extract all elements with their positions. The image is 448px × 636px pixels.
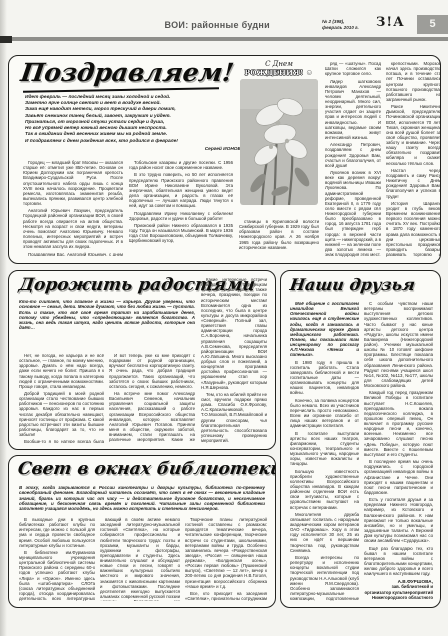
article-column: В выходные дни в крупных библиотеках раб… (19, 517, 95, 601)
article-paragraph: На встрече мне помог Александр Васильеви… (109, 391, 195, 443)
article-column: Какие интересные встречи проводит в Горо… (201, 277, 267, 443)
article-paragraph: В библиотеке им.Фурманова муниципального… (19, 550, 95, 601)
article-paragraph: Поздравляем Ирину Николаевну с юбилеем! … (129, 211, 233, 221)
article-our-friends: Наши друзья Моё общение с госпиталем инв… (280, 270, 441, 608)
article-column: ряд — «шатуны». Посад Шатки сложился как… (325, 61, 381, 258)
article-heading: Свет в окнах библиотеки (17, 459, 276, 479)
article-heading: Наши друзья (289, 275, 417, 294)
newspaper-logo: З!А (376, 15, 405, 30)
article-paragraph: Все, кто приходит на заседания «Светёлки… (185, 591, 267, 601)
birthday-poem: Идет февраль — последний месяц зимы холо… (25, 95, 241, 154)
article-paragraph: Вообще-то я по натуре всегда была энерги… (19, 439, 104, 443)
article-paragraph: Лидер шатковских инвалидов Александр Пет… (325, 79, 381, 141)
birthday-script-label: С Днем (239, 60, 319, 68)
article-paragraph: Многолетняя дружба связывает госпиталь с… (290, 512, 359, 553)
article-congratulations: Поздравляем! Идет февраль — последний ме… (8, 55, 441, 264)
article-paragraph: Тем, кто на юбилей прийти не смог, вручи… (201, 392, 267, 443)
article-column: Моё общение с госпиталем инвалидов Велик… (290, 301, 359, 601)
header-rule-end-mark (0, 36, 12, 43)
article-paragraph: И вот теперь уже ко мне приходят с подар… (109, 353, 195, 389)
article-paragraph: Приокский район Нижнего образовался в 19… (129, 223, 233, 244)
article-paragraph: В 1980 году я пришла в госпиталь работат… (290, 360, 359, 396)
happy-birthday-block: С Днем РОЖДЕНИЯ! ☺ (239, 60, 319, 217)
page-number-badge: 5 (417, 15, 448, 34)
article-column: Нет, не погода, не карьера и не всё оста… (19, 353, 104, 443)
poem-line: И поздравляем с днем рождения всех, кто … (25, 139, 241, 145)
article-paragraph: Раисе Никитичне Дымской, председателю По… (386, 104, 441, 166)
article-paragraph: В выходные дни в крупных библиотеках раб… (19, 517, 95, 548)
article-paragraph: Каждый год перед праздником Великой Побе… (364, 390, 433, 457)
article-column: С особым чувством наши ветераны восприни… (364, 301, 433, 601)
author-signature: А.В.ФУРШОВА, зав. библиотекой и организа… (364, 579, 433, 601)
article-paragraph: Настал черед поздравить и саму Раису Ник… (386, 168, 441, 199)
article-column: Творческие планы литературной гостиной с… (185, 517, 267, 601)
article-paragraph: Городец — младший брат Москвы — оказался… (23, 160, 123, 206)
issue-date: февраль 2010 г. (322, 25, 374, 31)
article-column: Тобольские казармы и другие поселки. С 1… (129, 160, 233, 256)
article-paragraph: В это трудно поверить, но 50 лет исполня… (129, 172, 233, 208)
article-column: крепостными. Морозов начал здесь произво… (386, 61, 441, 258)
article-paragraph: Поздравляем Вас, Анатолий Юрьевич, с дне… (23, 252, 123, 257)
article-heading: Поздравляем! (19, 58, 236, 87)
article-paragraph: крепостными. Морозов начал здесь произво… (386, 61, 441, 102)
signature-role: зав. библиотекой и организатор культмеро… (364, 584, 433, 601)
article-paragraph: Большую известность приобрели художестве… (290, 469, 359, 510)
article-paragraph: Есть у госпиталя друзья и за пределами Н… (364, 497, 433, 543)
birthday-caps-label: РОЖДЕНИЯ! (245, 68, 304, 77)
article-lead: В эпоху, когда закрываются в России кино… (19, 485, 265, 511)
article-paragraph: Александр Петрович, поздравляем с днем р… (325, 142, 381, 168)
article-paragraph: вающий в своём активе немало заседаний л… (100, 517, 180, 601)
article-treasure-joys: Дорожить радостями Кто-то считает, что г… (8, 270, 276, 450)
article-paragraph: Нет, не погода, не карьера и не всё оста… (19, 353, 104, 389)
article-column: вающий в своём активе немало заседаний л… (100, 517, 180, 601)
page-header-title: ВОИ: районные будни (0, 20, 270, 30)
article-library-light: Свет в окнах библиотеки В эпоху, когда з… (8, 455, 276, 608)
article-paragraph: Всегда интересны по репертуару и исполне… (290, 555, 359, 601)
article-paragraph: Творческие планы литературной гостиной с… (185, 517, 267, 589)
article-paragraph: Тобольские казармы и другие поселки. С 1… (129, 160, 233, 170)
article-lead: Моё общение с госпиталем инвалидов Велик… (290, 301, 359, 357)
article-column: Городец — младший брат Москвы — оказался… (23, 160, 123, 256)
article-paragraph: В госпитале выступали артисты всех наших… (290, 431, 359, 467)
article-paragraph: История Шаранги уходит в глубь веков. Вр… (386, 201, 441, 258)
article-paragraph: В последнее время мы очень подружились с… (364, 459, 433, 495)
scan-edge-shadow (0, 0, 7, 636)
article-paragraph: С особым чувством наши ветераны восприни… (364, 301, 433, 388)
article-paragraph: Конечно, за полвека концертов было немал… (290, 398, 359, 429)
poem-author: Сергей ИОНОВ (25, 147, 241, 153)
article-paragraph: Анатолий Юрьевич Лазукин, председатель Г… (23, 208, 123, 249)
issue-info: № 2 (398), февраль 2010 г. (322, 19, 374, 31)
header-rule (0, 37, 448, 41)
heading-underline-flourish (23, 87, 219, 92)
article-paragraph: ряд — «шатуны». Посад Шатки сложился как… (325, 61, 381, 76)
article-paragraph: Какие интересные встречи проводит в Горо… (201, 277, 267, 390)
article-paragraph: станицы в Куриловской волости Симбирской… (239, 219, 319, 250)
smiley-icon: ☺ (305, 68, 313, 77)
newspaper-page: { "header": { "title": "ВОИ: районные бу… (0, 0, 448, 636)
flower-photo (240, 79, 318, 205)
article-lead: Кто-то считает, что главное в жизни — ка… (19, 299, 195, 331)
article-paragraph: Лукоянов возник в XVI веке как деревня в… (325, 170, 381, 257)
article-paragraph: Ещё раз благодарю тех, кто бывал в нашем… (364, 546, 433, 577)
article-column: И вот теперь уже ко мне приходят с подар… (109, 353, 195, 443)
article-column: станицы в Куриловской волости Симбирской… (239, 219, 319, 258)
article-paragraph: Доброй традицией в моей родной организац… (19, 391, 104, 437)
